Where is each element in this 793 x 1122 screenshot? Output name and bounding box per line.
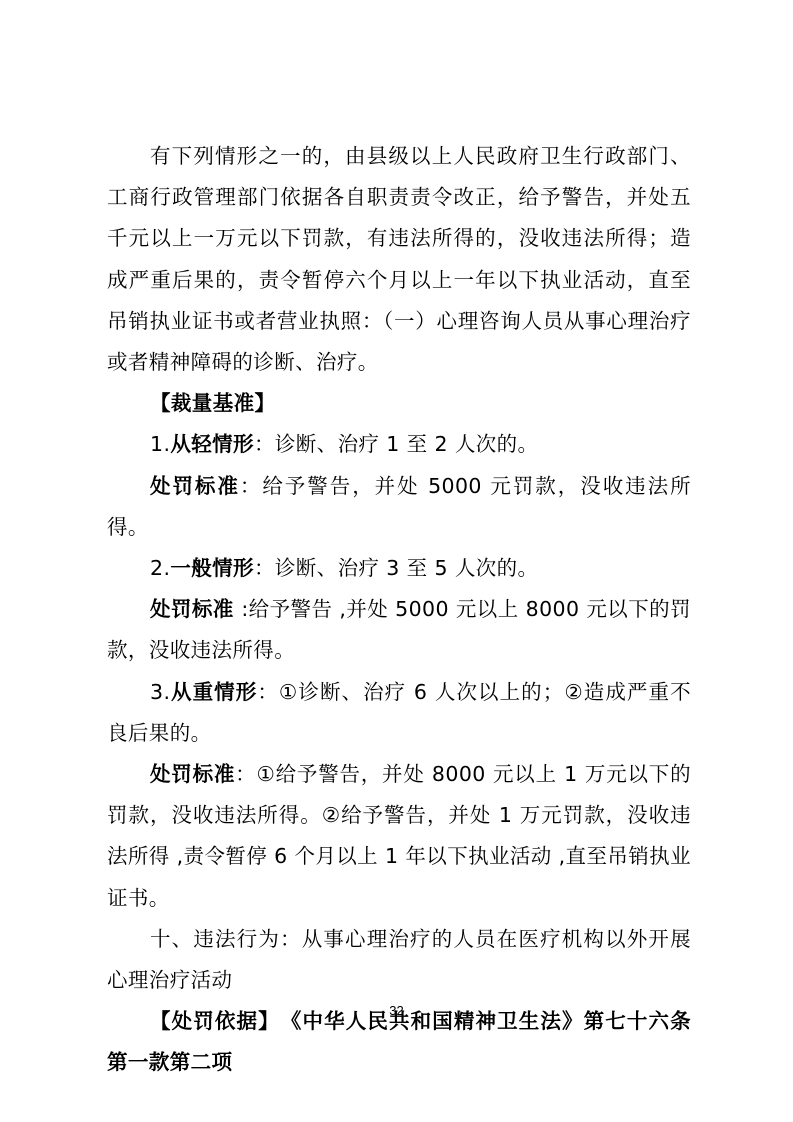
light-case-text: ：诊断、治疗 1 至 2 人次的。	[254, 432, 538, 456]
heavy-penalty-paragraph: 处罚标准：①给予警告，并处 8000 元以上 1 万元以下的罚款，没收违法所得。…	[107, 754, 691, 919]
light-case-prefix: 1.	[150, 432, 170, 456]
heavy-penalty-label: 处罚标准	[150, 762, 235, 786]
item-ten-paragraph: 十、违法行为：从事心理治疗的人员在医疗机构以外开展心理治疗活动	[107, 919, 691, 1001]
light-penalty-label: 处罚标准	[150, 474, 240, 498]
light-penalty-paragraph: 处罚标准：给予警告，并处 5000 元罚款，没收违法所得。	[107, 466, 691, 548]
general-penalty-label: 处罚标准	[150, 597, 241, 621]
heavy-case-label: 从重情形	[170, 680, 257, 704]
heavy-case-paragraph: 3.从重情形：①诊断、治疗 6 人次以上的；②造成严重不良后果的。	[107, 672, 691, 754]
general-case-label: 一般情形	[170, 556, 254, 580]
general-case-prefix: 2.	[150, 556, 170, 580]
general-case-paragraph: 2.一般情形：诊断、治疗 3 至 5 人次的。	[107, 548, 691, 589]
discretion-heading: 【裁量基准】	[107, 383, 691, 424]
light-case-label: 从轻情形	[170, 432, 254, 456]
general-case-text: ：诊断、治疗 3 至 5 人次的。	[254, 556, 538, 580]
general-penalty-paragraph: 处罚标准 :给予警告 ,并处 5000 元以上 8000 元以下的罚款，没收违法…	[107, 589, 691, 671]
intro-paragraph: 有下列情形之一的，由县级以上人民政府卫生行政部门、工商行政管理部门依据各自职责责…	[107, 136, 691, 383]
document-page-body: 有下列情形之一的，由县级以上人民政府卫生行政部门、工商行政管理部门依据各自职责责…	[107, 136, 691, 1084]
page-number: 32	[0, 1003, 793, 1018]
light-case-paragraph: 1.从轻情形：诊断、治疗 1 至 2 人次的。	[107, 424, 691, 465]
heavy-case-prefix: 3.	[150, 680, 170, 704]
